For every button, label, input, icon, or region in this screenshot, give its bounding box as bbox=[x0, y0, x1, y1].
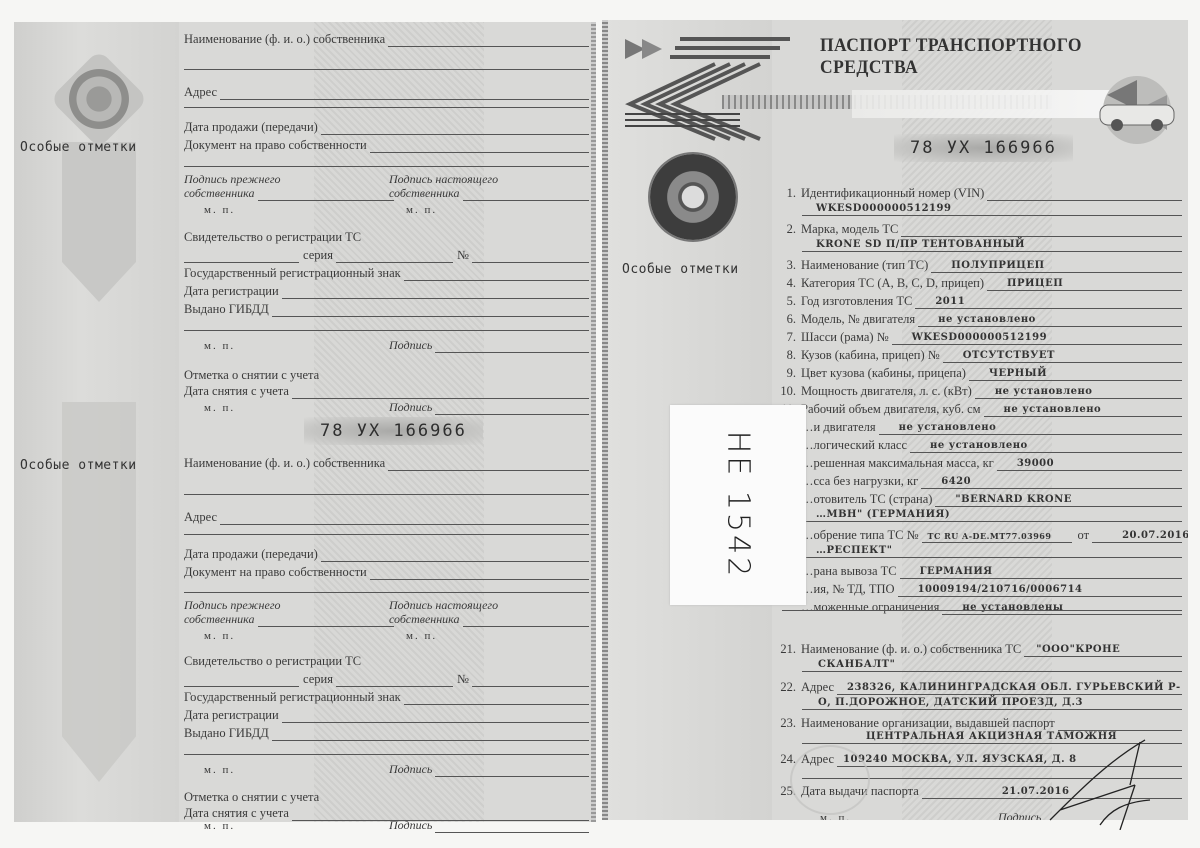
special-notes-label: Особые отметки bbox=[20, 140, 137, 155]
customs-stamp-icon bbox=[790, 745, 870, 815]
owner-name-field[interactable]: Наименование (ф. и. о.) собственника bbox=[184, 456, 589, 471]
series-number-plate: 78 УХ 166966 bbox=[894, 134, 1073, 162]
issued-by-field[interactable]: Выдано ГИБДД bbox=[184, 302, 589, 317]
ownership-doc-field[interactable]: Документ на право собственности bbox=[184, 138, 589, 153]
owner-address-field[interactable]: 22.Адрес 238326, КАЛИНИНГРАДСКАЯ ОБЛ. ГУ… bbox=[774, 680, 1182, 695]
vehicle-field[interactable]: …решенная максимальная масса, кг39000 bbox=[774, 456, 1182, 471]
owner-name-field[interactable]: 21.Наименование (ф. и. о.) собственника … bbox=[774, 642, 1182, 657]
signature-field[interactable]: Подпись bbox=[389, 818, 589, 833]
owner-name-field[interactable]: Наименование (ф. и. о.) собственника bbox=[184, 32, 589, 47]
vehicle-field[interactable]: 7.Шасси (рама) №WKESD000000512199 bbox=[774, 330, 1182, 345]
prev-owner-signature[interactable]: собственника bbox=[184, 186, 394, 201]
signature-field[interactable]: Подпись bbox=[389, 338, 589, 353]
curr-owner-signature[interactable]: собственника bbox=[389, 612, 589, 627]
vehicle-field[interactable]: …сса без нагрузки, кг6420 bbox=[774, 474, 1182, 489]
coat-of-arms-icon bbox=[650, 154, 736, 240]
vehicle-field[interactable]: …и двигателяне установлено bbox=[774, 420, 1182, 435]
sale-date-field[interactable]: Дата продажи (передачи) bbox=[184, 120, 589, 135]
signature-label: Подпись bbox=[998, 810, 1041, 820]
signature-field[interactable]: Подпись bbox=[389, 762, 589, 777]
special-notes-label: Особые отметки bbox=[20, 458, 137, 473]
vehicle-field[interactable]: 1.Идентификационный номер (VIN) bbox=[774, 186, 1182, 201]
vehicle-field[interactable]: 9.Цвет кузова (кабины, прицепа)ЧЕРНЫЙ bbox=[774, 366, 1182, 381]
left-page: Особые отметки Особые отметки Наименован… bbox=[14, 22, 596, 822]
chevron-logo-icon bbox=[620, 34, 850, 144]
vehicle-field[interactable]: 4.Категория ТС (А, В, С, D, прицеп)ПРИЦЕ… bbox=[774, 276, 1182, 291]
curr-owner-signature[interactable]: собственника bbox=[389, 186, 589, 201]
series-number-plate: 78 УХ 166966 bbox=[304, 417, 483, 445]
signature-field[interactable]: Подпись bbox=[389, 400, 589, 415]
dereg-date-field[interactable]: Дата снятия с учета bbox=[184, 384, 589, 399]
reg-cert-series-number[interactable]: серия№ bbox=[184, 672, 589, 687]
vehicle-field[interactable]: 5.Год изготовления ТС2011 bbox=[774, 294, 1182, 309]
vehicle-field[interactable]: …обрение типа ТС №ТС RU A-DE.MT77.03969о… bbox=[774, 528, 1182, 543]
reg-cert-series-number[interactable]: серия№ bbox=[184, 248, 589, 263]
vehicle-field[interactable]: 10.Мощность двигателя, л. с. (кВт)не уст… bbox=[774, 384, 1182, 399]
ownership-doc-field[interactable]: Документ на право собственности bbox=[184, 565, 589, 580]
vehicle-field[interactable]: 6.Модель, № двигателяне установлено bbox=[774, 312, 1182, 327]
vehicle-field[interactable]: …логический классне установлено bbox=[774, 438, 1182, 453]
vehicle-field[interactable]: 11.Рабочий объем двигателя, куб. смне ус… bbox=[774, 402, 1182, 417]
address-field[interactable]: Адрес bbox=[184, 85, 589, 100]
plate-field[interactable]: Государственный регистрационный знак bbox=[184, 690, 589, 705]
vehicle-field[interactable]: …отовитель ТС (страна)"BERNARD KRONE bbox=[774, 492, 1182, 507]
sale-date-field[interactable]: Дата продажи (передачи) bbox=[184, 547, 589, 562]
vehicle-field[interactable]: 2.Марка, модель ТС bbox=[774, 222, 1182, 237]
vehicle-field[interactable]: 3.Наименование (тип ТС)ПОЛУПРИЦЕП bbox=[774, 258, 1182, 273]
reg-date-field[interactable]: Дата регистрации bbox=[184, 284, 589, 299]
handwritten-signature-icon bbox=[1040, 730, 1160, 830]
vehicle-field[interactable]: …ия, № ТД, ТПО10009194/210716/0006714 bbox=[774, 582, 1182, 597]
prev-owner-signature[interactable]: собственника bbox=[184, 612, 394, 627]
reg-date-field[interactable]: Дата регистрации bbox=[184, 708, 589, 723]
car-badge-icon bbox=[1092, 75, 1182, 145]
address-field[interactable]: Адрес bbox=[184, 510, 589, 525]
vehicle-field[interactable]: …моженные ограниченияне установлены bbox=[774, 600, 1182, 615]
issuing-org-field[interactable]: 23.Наименование организации, выдавшей па… bbox=[774, 716, 1182, 731]
issued-by-field[interactable]: Выдано ГИБДД bbox=[184, 726, 589, 741]
sticky-note: НЕ 1542 bbox=[670, 405, 806, 605]
vehicle-field[interactable]: …рана вывоза ТСГЕРМАНИЯ bbox=[774, 564, 1182, 579]
document-title: ПАСПОРТ ТРАНСПОРТНОГО СРЕДСТВА bbox=[820, 35, 1159, 79]
plate-field[interactable]: Государственный регистрационный знак bbox=[184, 266, 589, 281]
vehicle-field[interactable]: 8.Кузов (кабина, прицеп) №ОТСУТСТВУЕТ bbox=[774, 348, 1182, 363]
special-notes-label: Особые отметки bbox=[622, 262, 739, 277]
handwritten-note: НЕ 1542 bbox=[721, 431, 756, 579]
